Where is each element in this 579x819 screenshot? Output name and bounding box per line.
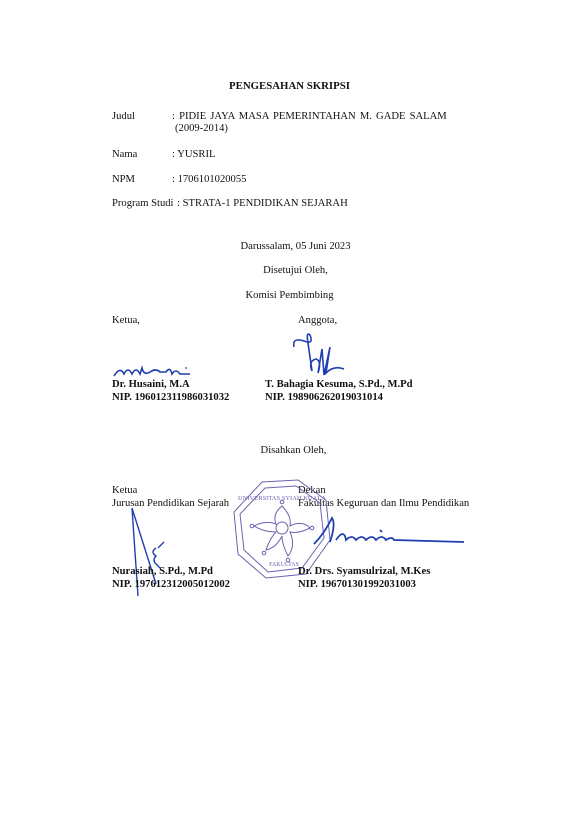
- kajur-nip: NIP. 197612312005012002: [112, 580, 230, 591]
- svg-text:FAKULTAS: FAKULTAS: [269, 562, 299, 568]
- signature-anggota-icon: [288, 333, 348, 381]
- npm-label: NPM: [112, 175, 135, 186]
- signature-ketua-icon: [112, 362, 192, 380]
- approved-by: Disetujui Oleh,: [6, 266, 579, 277]
- anggota-nip: NIP. 198906262019031014: [265, 393, 383, 404]
- dekan-nip: NIP. 196701301992031003: [298, 580, 416, 591]
- page-title: PENGESAHAN SKRIPSI: [0, 81, 579, 92]
- ketua-name: Dr. Husaini, M.A: [112, 380, 190, 391]
- anggota-role: Anggota,: [298, 316, 337, 327]
- program-studi-label: Program Studi: [112, 199, 174, 210]
- svg-text:UNIVERSITAS SYIAH KUALA: UNIVERSITAS SYIAH KUALA: [238, 495, 326, 502]
- anggota-name: T. Bahagia Kesuma, S.Pd., M.Pd: [265, 380, 413, 391]
- kajur-role-line1: Ketua: [112, 486, 137, 497]
- nama-value: : YUSRIL: [172, 150, 215, 161]
- kajur-name: Nurasiah, S.Pd., M.Pd: [112, 567, 213, 578]
- program-studi-value: : STRATA-1 PENDIDIKAN SEJARAH: [177, 199, 348, 210]
- judul-label: Judul: [112, 112, 135, 123]
- judul-value-line2: (2009-2014): [175, 124, 228, 135]
- npm-value: : 1706101020055: [172, 175, 246, 186]
- place-date: Darussalam, 05 Juni 2023: [6, 242, 579, 253]
- ketua-role: Ketua,: [112, 316, 140, 327]
- nama-label: Nama: [112, 150, 137, 161]
- committee: Komisi Pembimbing: [0, 291, 579, 302]
- signature-dekan-icon: [310, 514, 470, 554]
- judul-value: : PIDIE JAYA MASA PEMERINTAHAN M. GADE S…: [172, 112, 447, 123]
- ratified-by: Disahkan Oleh,: [4, 446, 579, 457]
- dekan-name: Dr. Drs. Syamsulrizal, M.Kes: [298, 567, 430, 578]
- ketua-nip: NIP. 196012311986031032: [112, 393, 229, 404]
